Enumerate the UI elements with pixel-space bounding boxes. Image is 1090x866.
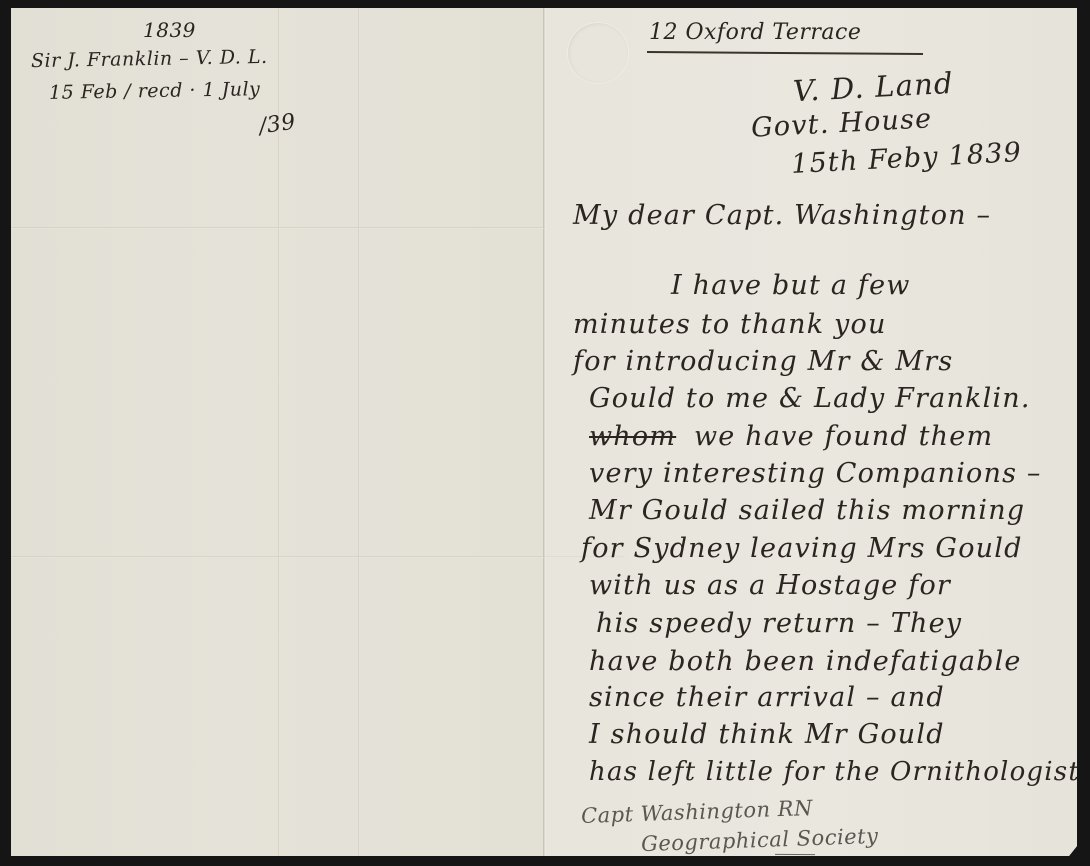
docket-year: 1839 (143, 18, 196, 42)
docket-dates: 15 Feb / recd · 1 July (49, 78, 261, 104)
letter-line: have both been indefatigable (589, 646, 1022, 677)
letter-salutation: My dear Capt. Washington – (573, 200, 991, 231)
embossed-stamp-icon (567, 22, 629, 84)
fold-line-vertical (358, 8, 360, 856)
letter-line: minutes to thank you (573, 309, 887, 340)
letter-line: with us as a Hostage for (589, 570, 951, 601)
letter-line: Gould to me & Lady Franklin. (589, 383, 1031, 414)
fold-line-horizontal (11, 556, 545, 558)
letter-line: has left little for the Ornithologists (589, 757, 1077, 787)
letter-line: for Sydney leaving Mrs Gould (581, 533, 1023, 564)
docket-dates-year: /39 (257, 110, 297, 140)
letter-line-with-strike: whom we have found them (589, 421, 993, 452)
letter-line: I should think Mr Gould (589, 719, 945, 750)
center-crease (543, 8, 546, 856)
letter-line: Mr Gould sailed this morning (589, 495, 1025, 526)
letter-line-text: we have found them (694, 421, 993, 452)
fold-line-horizontal (11, 227, 545, 229)
struck-word: whom (589, 421, 676, 452)
docket-correspondent: Sir J. Franklin – V. D. L. (31, 46, 268, 72)
letter-line: since their arrival – and (589, 682, 945, 713)
letter-sheet: 1839 Sir J. Franklin – V. D. L. 15 Feb /… (11, 8, 1077, 856)
address-header: 12 Oxford Terrace (649, 20, 861, 45)
letter-line: I have but a few (671, 270, 911, 301)
letter-line: very interesting Companions – (589, 458, 1042, 489)
letter-line: for introducing Mr & Mrs (573, 346, 953, 377)
letter-line: his speedy return – They (596, 608, 962, 639)
